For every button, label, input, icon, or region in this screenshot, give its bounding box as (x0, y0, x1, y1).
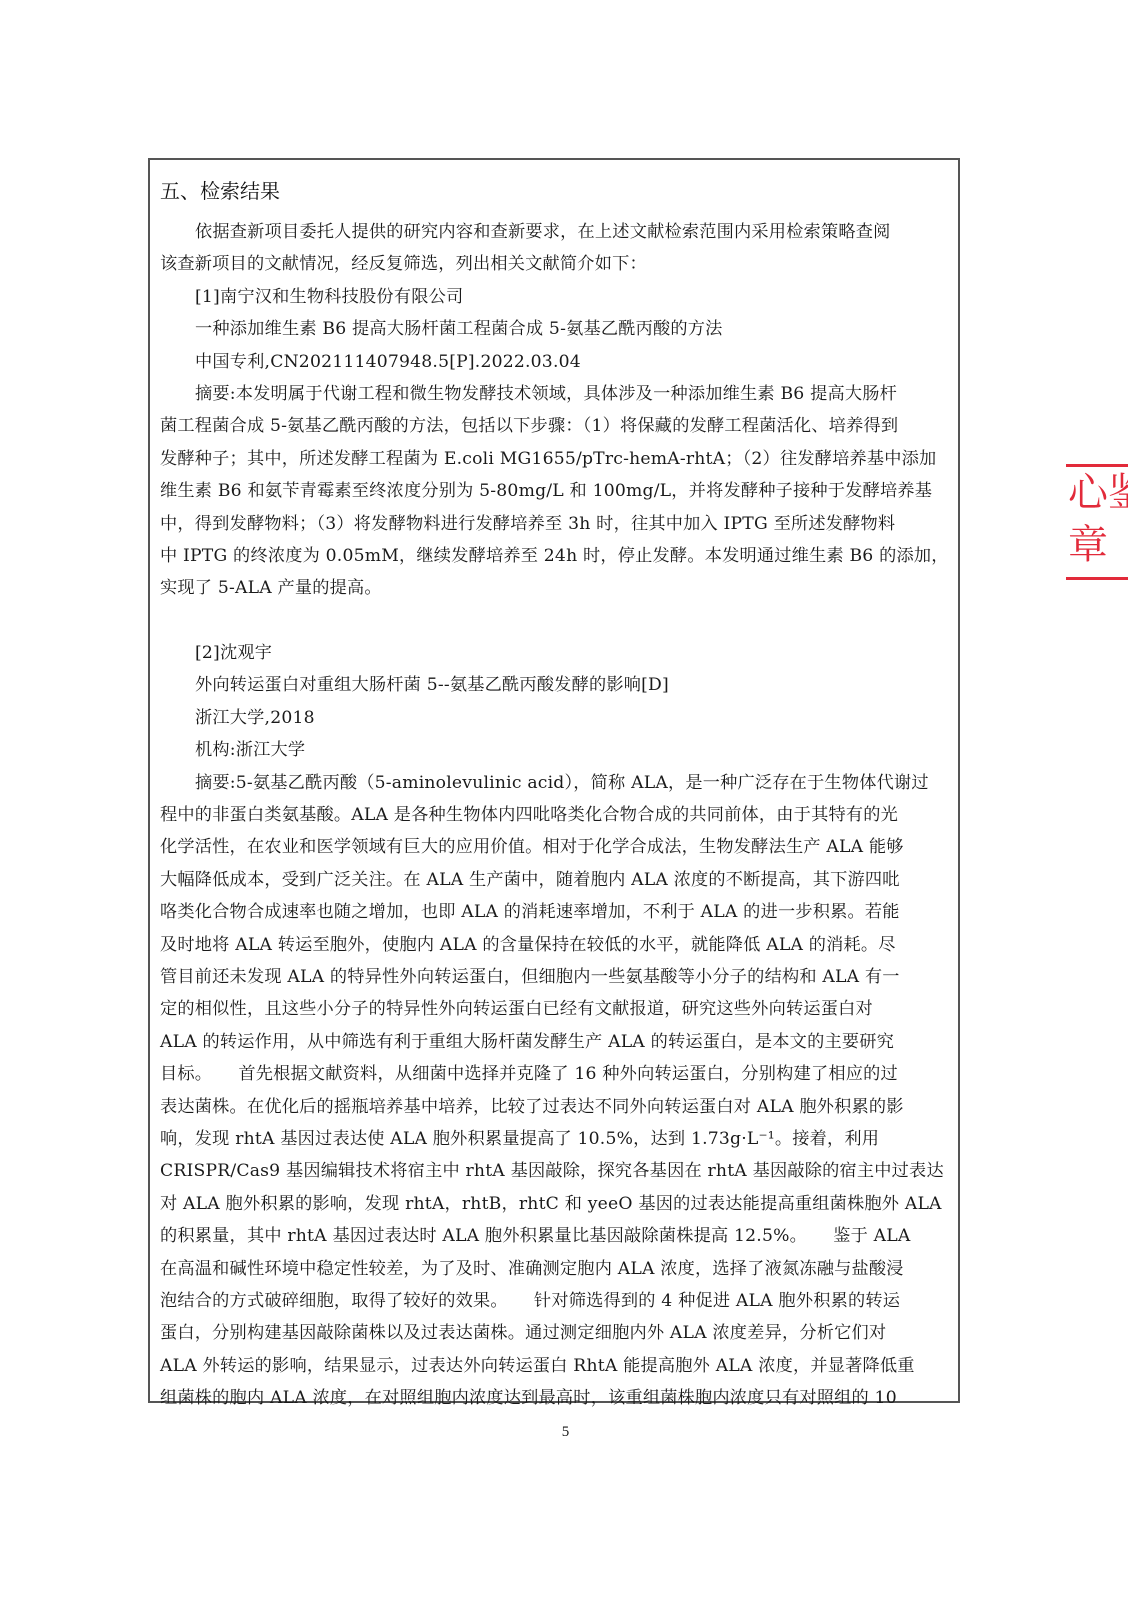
abstract-line: 对 ALA 胞外积累的影响，发现 rhtA，rhtB，rhtC 和 yeeO 基… (160, 1188, 948, 1220)
abstract-line: 中 IPTG 的终浓度为 0.05mM，继续发酵培养至 24h 时，停止发酵。本… (160, 540, 948, 572)
reference-2: [2]沈观宇 外向转运蛋白对重组大肠杆菌 5--氨基乙酰丙酸发酵的影响[D] 浙… (160, 637, 948, 1415)
abstract-line: 中，得到发酵物料；（3）将发酵物料进行发酵培养至 3h 时，往其中加入 IPTG… (160, 508, 948, 540)
reference-1: [1]南宁汉和生物科技股份有限公司 一种添加维生素 B6 提高大肠杆菌工程菌合成… (160, 281, 948, 605)
seal-stamp: 心鉴 章 (1066, 464, 1128, 580)
page-number: 5 (0, 1424, 1131, 1441)
abstract-line: 组菌株的胞内 ALA 浓度，在对照组胞内浓度达到最高时，该重组菌株胞内浓度只有对… (160, 1382, 948, 1414)
abstract-line: 摘要:本发明属于代谢工程和微生物发酵技术领域，具体涉及一种添加维生素 B6 提高… (160, 378, 948, 410)
abstract-line: 目标。 首先根据文献资料，从细菌中选择并克隆了 16 种外向转运蛋白，分别构建了… (160, 1058, 948, 1090)
abstract-line: 化学活性，在农业和医学领域有巨大的应用价值。相对于化学合成法，生物发酵法生产 A… (160, 831, 948, 863)
blank-line (160, 605, 948, 637)
reference-author: [1]南宁汉和生物科技股份有限公司 (160, 281, 948, 313)
abstract-line: 及时地将 ALA 转运至胞外，使胞内 ALA 的含量保持在较低的水平，就能降低 … (160, 929, 948, 961)
abstract-line: 发酵种子；其中，所述发酵工程菌为 E.coli MG1655/pTrc-hemA… (160, 443, 948, 475)
abstract-line: 的积累量，其中 rhtA 基因过表达时 ALA 胞外积累量比基因敲除菌株提高 1… (160, 1220, 948, 1252)
abstract-line: 实现了 5-ALA 产量的提高。 (160, 572, 948, 604)
abstract-line: 咯类化合物合成速率也随之增加，也即 ALA 的消耗速率增加，不利于 ALA 的进… (160, 896, 948, 928)
intro-line: 依据查新项目委托人提供的研究内容和查新要求，在上述文献检索范围内采用检索策略查阅 (160, 216, 948, 248)
reference-title: 一种添加维生素 B6 提高大肠杆菌工程菌合成 5-氨基乙酰丙酸的方法 (160, 313, 948, 345)
abstract-line: ALA 的转运作用，从中筛选有利于重组大肠杆菌发酵生产 ALA 的转运蛋白，是本… (160, 1026, 948, 1058)
reference-author: [2]沈观宇 (160, 637, 948, 669)
section-heading: 五、检索结果 (160, 172, 948, 210)
stamp-text-row-2: 章 (1068, 519, 1128, 571)
abstract-line: CRISPR/Cas9 基因编辑技术将宿主中 rhtA 基因敲除，探究各基因在 … (160, 1155, 948, 1187)
intro-line: 该查新项目的文献情况，经反复筛选，列出相关文献简介如下： (160, 248, 948, 280)
search-results-box: 五、检索结果 依据查新项目委托人提供的研究内容和查新要求，在上述文献检索范围内采… (148, 158, 960, 1403)
abstract-line: 泡结合的方式破碎细胞，取得了较好的效果。 针对筛选得到的 4 种促进 ALA 胞… (160, 1285, 948, 1317)
abstract-line: 维生素 B6 和氨苄青霉素至终浓度分别为 5-80mg/L 和 100mg/L，… (160, 475, 948, 507)
stamp-text-row-1: 心鉴 (1068, 467, 1128, 519)
abstract-line: 在高温和碱性环境中稳定性较差，为了及时、准确测定胞内 ALA 浓度，选择了液氮冻… (160, 1253, 948, 1285)
abstract-line: 表达菌株。在优化后的摇瓶培养基中培养，比较了过表达不同外向转运蛋白对 ALA 胞… (160, 1091, 948, 1123)
abstract-line: ALA 外转运的影响，结果显示，过表达外向转运蛋白 RhtA 能提高胞外 ALA… (160, 1350, 948, 1382)
abstract-line: 程中的非蛋白类氨基酸。ALA 是各种生物体内四吡咯类化合物合成的共同前体，由于其… (160, 799, 948, 831)
reference-source: 中国专利,CN202111407948.5[P].2022.03.04 (160, 346, 948, 378)
abstract-line: 蛋白，分别构建基因敲除菌株以及过表达菌株。通过测定细胞内外 ALA 浓度差异，分… (160, 1317, 948, 1349)
abstract-line: 响，发现 rhtA 基因过表达使 ALA 胞外积累量提高了 10.5%，达到 1… (160, 1123, 948, 1155)
reference-title: 外向转运蛋白对重组大肠杆菌 5--氨基乙酰丙酸发酵的影响[D] (160, 669, 948, 701)
reference-institution: 机构:浙江大学 (160, 734, 948, 766)
abstract-line: 大幅降低成本，受到广泛关注。在 ALA 生产菌中，随着胞内 ALA 浓度的不断提… (160, 864, 948, 896)
abstract-line: 摘要:5-氨基乙酰丙酸（5-aminolevulinic acid），简称 AL… (160, 767, 948, 799)
reference-source: 浙江大学,2018 (160, 702, 948, 734)
abstract-line: 定的相似性，且这些小分子的特异性外向转运蛋白已经有文献报道，研究这些外向转运蛋白… (160, 993, 948, 1025)
abstract-line: 管目前还未发现 ALA 的特异性外向转运蛋白，但细胞内一些氨基酸等小分子的结构和… (160, 961, 948, 993)
abstract-line: 菌工程菌合成 5-氨基乙酰丙酸的方法，包括以下步骤：（1）将保藏的发酵工程菌活化… (160, 410, 948, 442)
